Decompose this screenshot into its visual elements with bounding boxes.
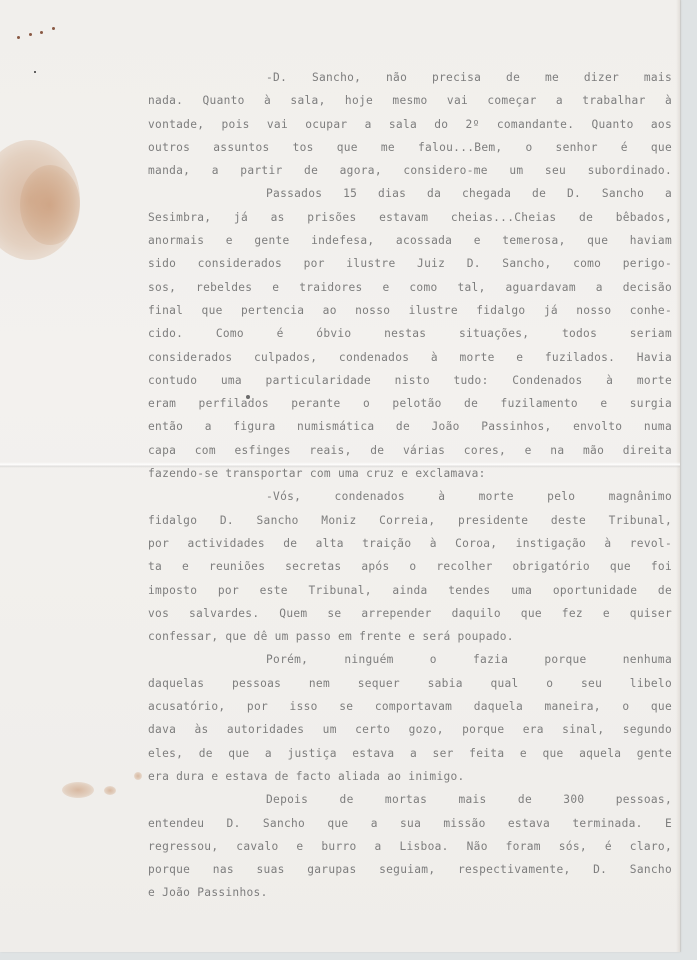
- text-line: e João Passinhos.: [148, 881, 672, 904]
- text-line: -Vós, condenados à morte pelo magnânimo: [148, 485, 672, 508]
- text-line: anormais e gente indefesa, acossada e te…: [148, 229, 672, 252]
- stain-small: [62, 782, 94, 798]
- text-line: sos, rebeldes e traidores e como tal, ag…: [148, 276, 672, 299]
- text-line: Porém, ninguém o fazia porque nenhuma: [148, 648, 672, 671]
- speck: [17, 36, 20, 39]
- text-line: Sesimbra, já as prisões estavam cheias..…: [148, 206, 672, 229]
- text-line: por actividades de alta traição à Coroa,…: [148, 532, 672, 555]
- stain-small-2: [104, 786, 116, 795]
- text-line: imposto por este Tribunal, ainda tendes …: [148, 579, 672, 602]
- text-line: outros assuntos tos que me falou...Bem, …: [148, 136, 672, 159]
- text-line: Passados 15 dias da chegada de D. Sancho…: [148, 182, 672, 205]
- text-line: contudo uma particularidade nisto tudo: …: [148, 369, 672, 392]
- text-line: acusatório, por isso se comportavam daqu…: [148, 695, 672, 718]
- speck: [34, 71, 36, 73]
- speck: [52, 27, 55, 30]
- text-line: ta e reuniões secretas após o recolher o…: [148, 555, 672, 578]
- typewritten-page: -D. Sancho, não precisa de me dizer mais…: [0, 0, 680, 952]
- text-line: era dura e estava de facto aliada ao ini…: [148, 765, 672, 788]
- text-line: sido considerados por ilustre Juiz D. Sa…: [148, 252, 672, 275]
- stain-large-2: [20, 165, 80, 245]
- text-line: vos salvardes. Quem se arrepender daquil…: [148, 602, 672, 625]
- text-line: porque nas suas garupas seguiam, respect…: [148, 858, 672, 881]
- text-line: considerados culpados, condenados à mort…: [148, 346, 672, 369]
- text-line: final que pertencia ao nosso ilustre fid…: [148, 299, 672, 322]
- text-line: entendeu D. Sancho que a sua missão esta…: [148, 812, 672, 835]
- stain-dot: [134, 772, 142, 780]
- paper-edge: [676, 0, 681, 952]
- text-line: manda, a partir de agora, considero-me u…: [148, 159, 672, 182]
- speck: [29, 33, 32, 36]
- text-line: então a figura numismática de João Passi…: [148, 415, 672, 438]
- text-line: fidalgo D. Sancho Moniz Correia, preside…: [148, 509, 672, 532]
- text-line: confessar, que dê um passo em frente e s…: [148, 625, 672, 648]
- body-text: -D. Sancho, não precisa de me dizer mais…: [148, 66, 672, 905]
- text-line: vontade, pois vai ocupar a sala do 2º co…: [148, 113, 672, 136]
- text-line: nada. Quanto à sala, hoje mesmo vai come…: [148, 89, 672, 112]
- text-line: fazendo-se transportar com uma cruz e ex…: [148, 462, 672, 485]
- text-line: eles, de que a justiça estava a ser feit…: [148, 742, 672, 765]
- text-line: dava às autoridades um certo gozo, porqu…: [148, 718, 672, 741]
- text-line: -D. Sancho, não precisa de me dizer mais: [148, 66, 672, 89]
- text-line: eram perfilados perante o pelotão de fuz…: [148, 392, 672, 415]
- text-line: regressou, cavalo e burro a Lisboa. Não …: [148, 835, 672, 858]
- text-line: cido. Como é óbvio nestas situações, tod…: [148, 322, 672, 345]
- text-line: daquelas pessoas nem sequer sabia qual o…: [148, 672, 672, 695]
- speck: [40, 31, 43, 34]
- text-line: Depois de mortas mais de 300 pessoas,: [148, 788, 672, 811]
- text-line: capa com esfinges reais, de várias cores…: [148, 439, 672, 462]
